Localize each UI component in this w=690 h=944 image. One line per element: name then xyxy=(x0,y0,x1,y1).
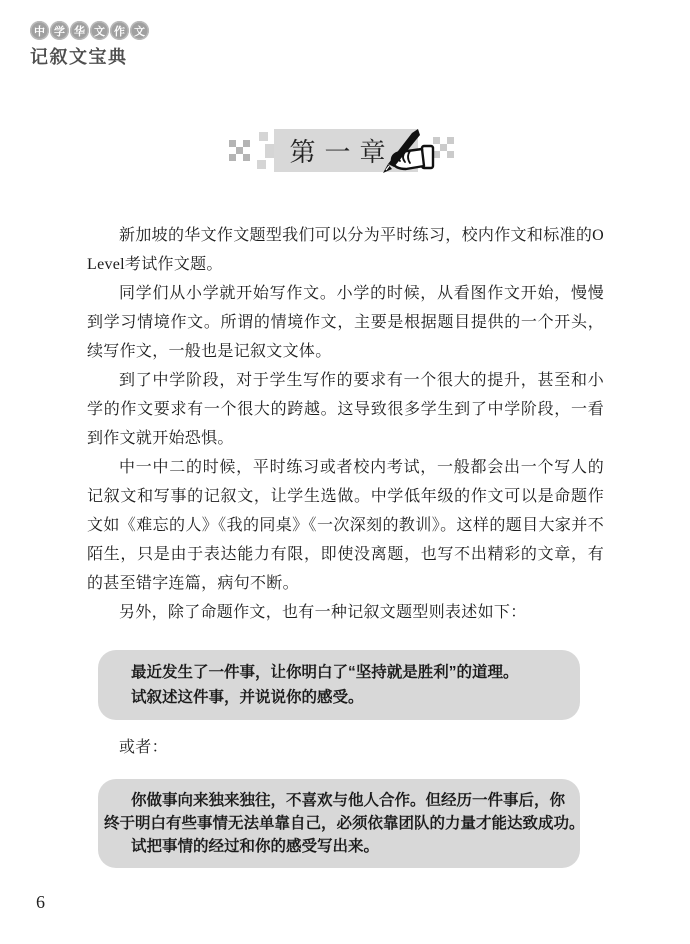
logo-badge: 文 xyxy=(130,21,149,40)
book-title: 记叙文宝典 xyxy=(30,43,149,69)
chapter-title-box: 第一章 xyxy=(274,129,418,172)
prompt-line: 你做事向来独来独往，不喜欢与他人合作。但经历一件事后，你 xyxy=(104,789,574,812)
book-page: 中 学 华 文 作 文 记叙文宝典 第一章 xyxy=(0,0,690,944)
paragraph: 新加坡的华文作文题型我们可以分为平时练习，校内作文和标准的O Level考试作文… xyxy=(87,221,604,279)
logo-badge: 学 xyxy=(50,21,69,40)
prompt-line: 终于明白有些事情无法单靠自己，必须依靠团队的力量才能达致成功。 xyxy=(104,812,574,835)
essay-prompt-box-1: 最近发生了一件事，让你明白了“坚持就是胜利”的道理。 试叙述这件事，并说说你的感… xyxy=(98,650,580,720)
logo-badge: 文 xyxy=(90,21,109,40)
paragraph: 同学们从小学就开始写作文。小学的时候，从看图作文开始，慢慢到学习情境作文。所谓的… xyxy=(87,279,604,366)
logo-badge: 中 xyxy=(30,21,49,40)
logo-badge: 作 xyxy=(110,21,129,40)
writing-hand-icon xyxy=(376,126,438,176)
page-body: 新加坡的华文作文题型我们可以分为平时练习，校内作文和标准的O Level考试作文… xyxy=(87,221,604,868)
logo-badge: 华 xyxy=(70,21,89,40)
series-logo: 中 学 华 文 作 文 记叙文宝典 xyxy=(30,21,149,69)
prompt-line: 试叙述这件事，并说说你的感受。 xyxy=(104,685,574,710)
prompt-line: 试把事情的经过和你的感受写出来。 xyxy=(104,835,574,858)
paragraph: 到了中学阶段，对于学生写作的要求有一个很大的提升，甚至和小学的作文要求有一个很大… xyxy=(87,366,604,453)
essay-prompt-box-2: 你做事向来独来独往，不喜欢与他人合作。但经历一件事后，你 终于明白有些事情无法单… xyxy=(98,779,580,868)
paragraph: 另外，除了命题作文，也有一种记叙文题型则表述如下： xyxy=(87,598,604,627)
connector-text: 或者： xyxy=(87,733,604,762)
page-number: 6 xyxy=(36,892,45,913)
chapter-heading: 第一章 xyxy=(0,129,690,172)
logo-badge-row: 中 学 华 文 作 文 xyxy=(30,21,149,40)
paragraph: 中一中二的时候，平时练习或者校内考试，一般都会出一个写人的记叙文和写事的记叙文，… xyxy=(87,453,604,598)
pixel-squares-icon xyxy=(229,132,277,170)
prompt-line: 最近发生了一件事，让你明白了“坚持就是胜利”的道理。 xyxy=(104,660,574,685)
